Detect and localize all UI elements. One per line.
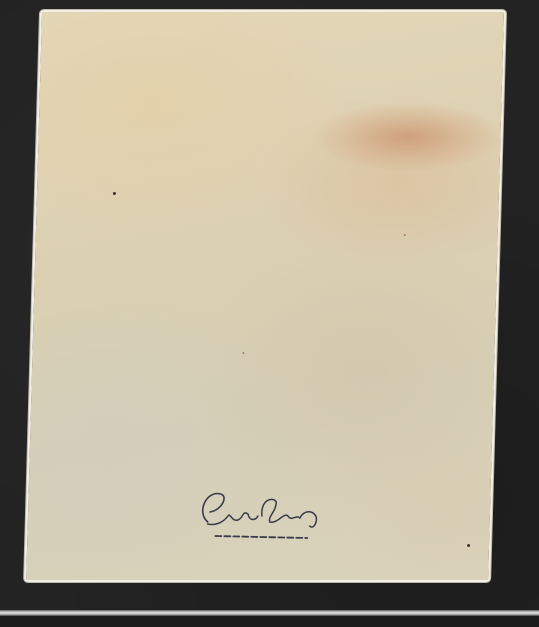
stamp-back: Calves	[26, 12, 504, 580]
paper-speck	[467, 544, 470, 547]
paper-speck	[404, 234, 406, 236]
mount-strip	[0, 616, 539, 627]
paper-speck	[242, 352, 244, 354]
paper-speck	[113, 192, 116, 195]
expert-signature: Calves	[187, 482, 329, 542]
